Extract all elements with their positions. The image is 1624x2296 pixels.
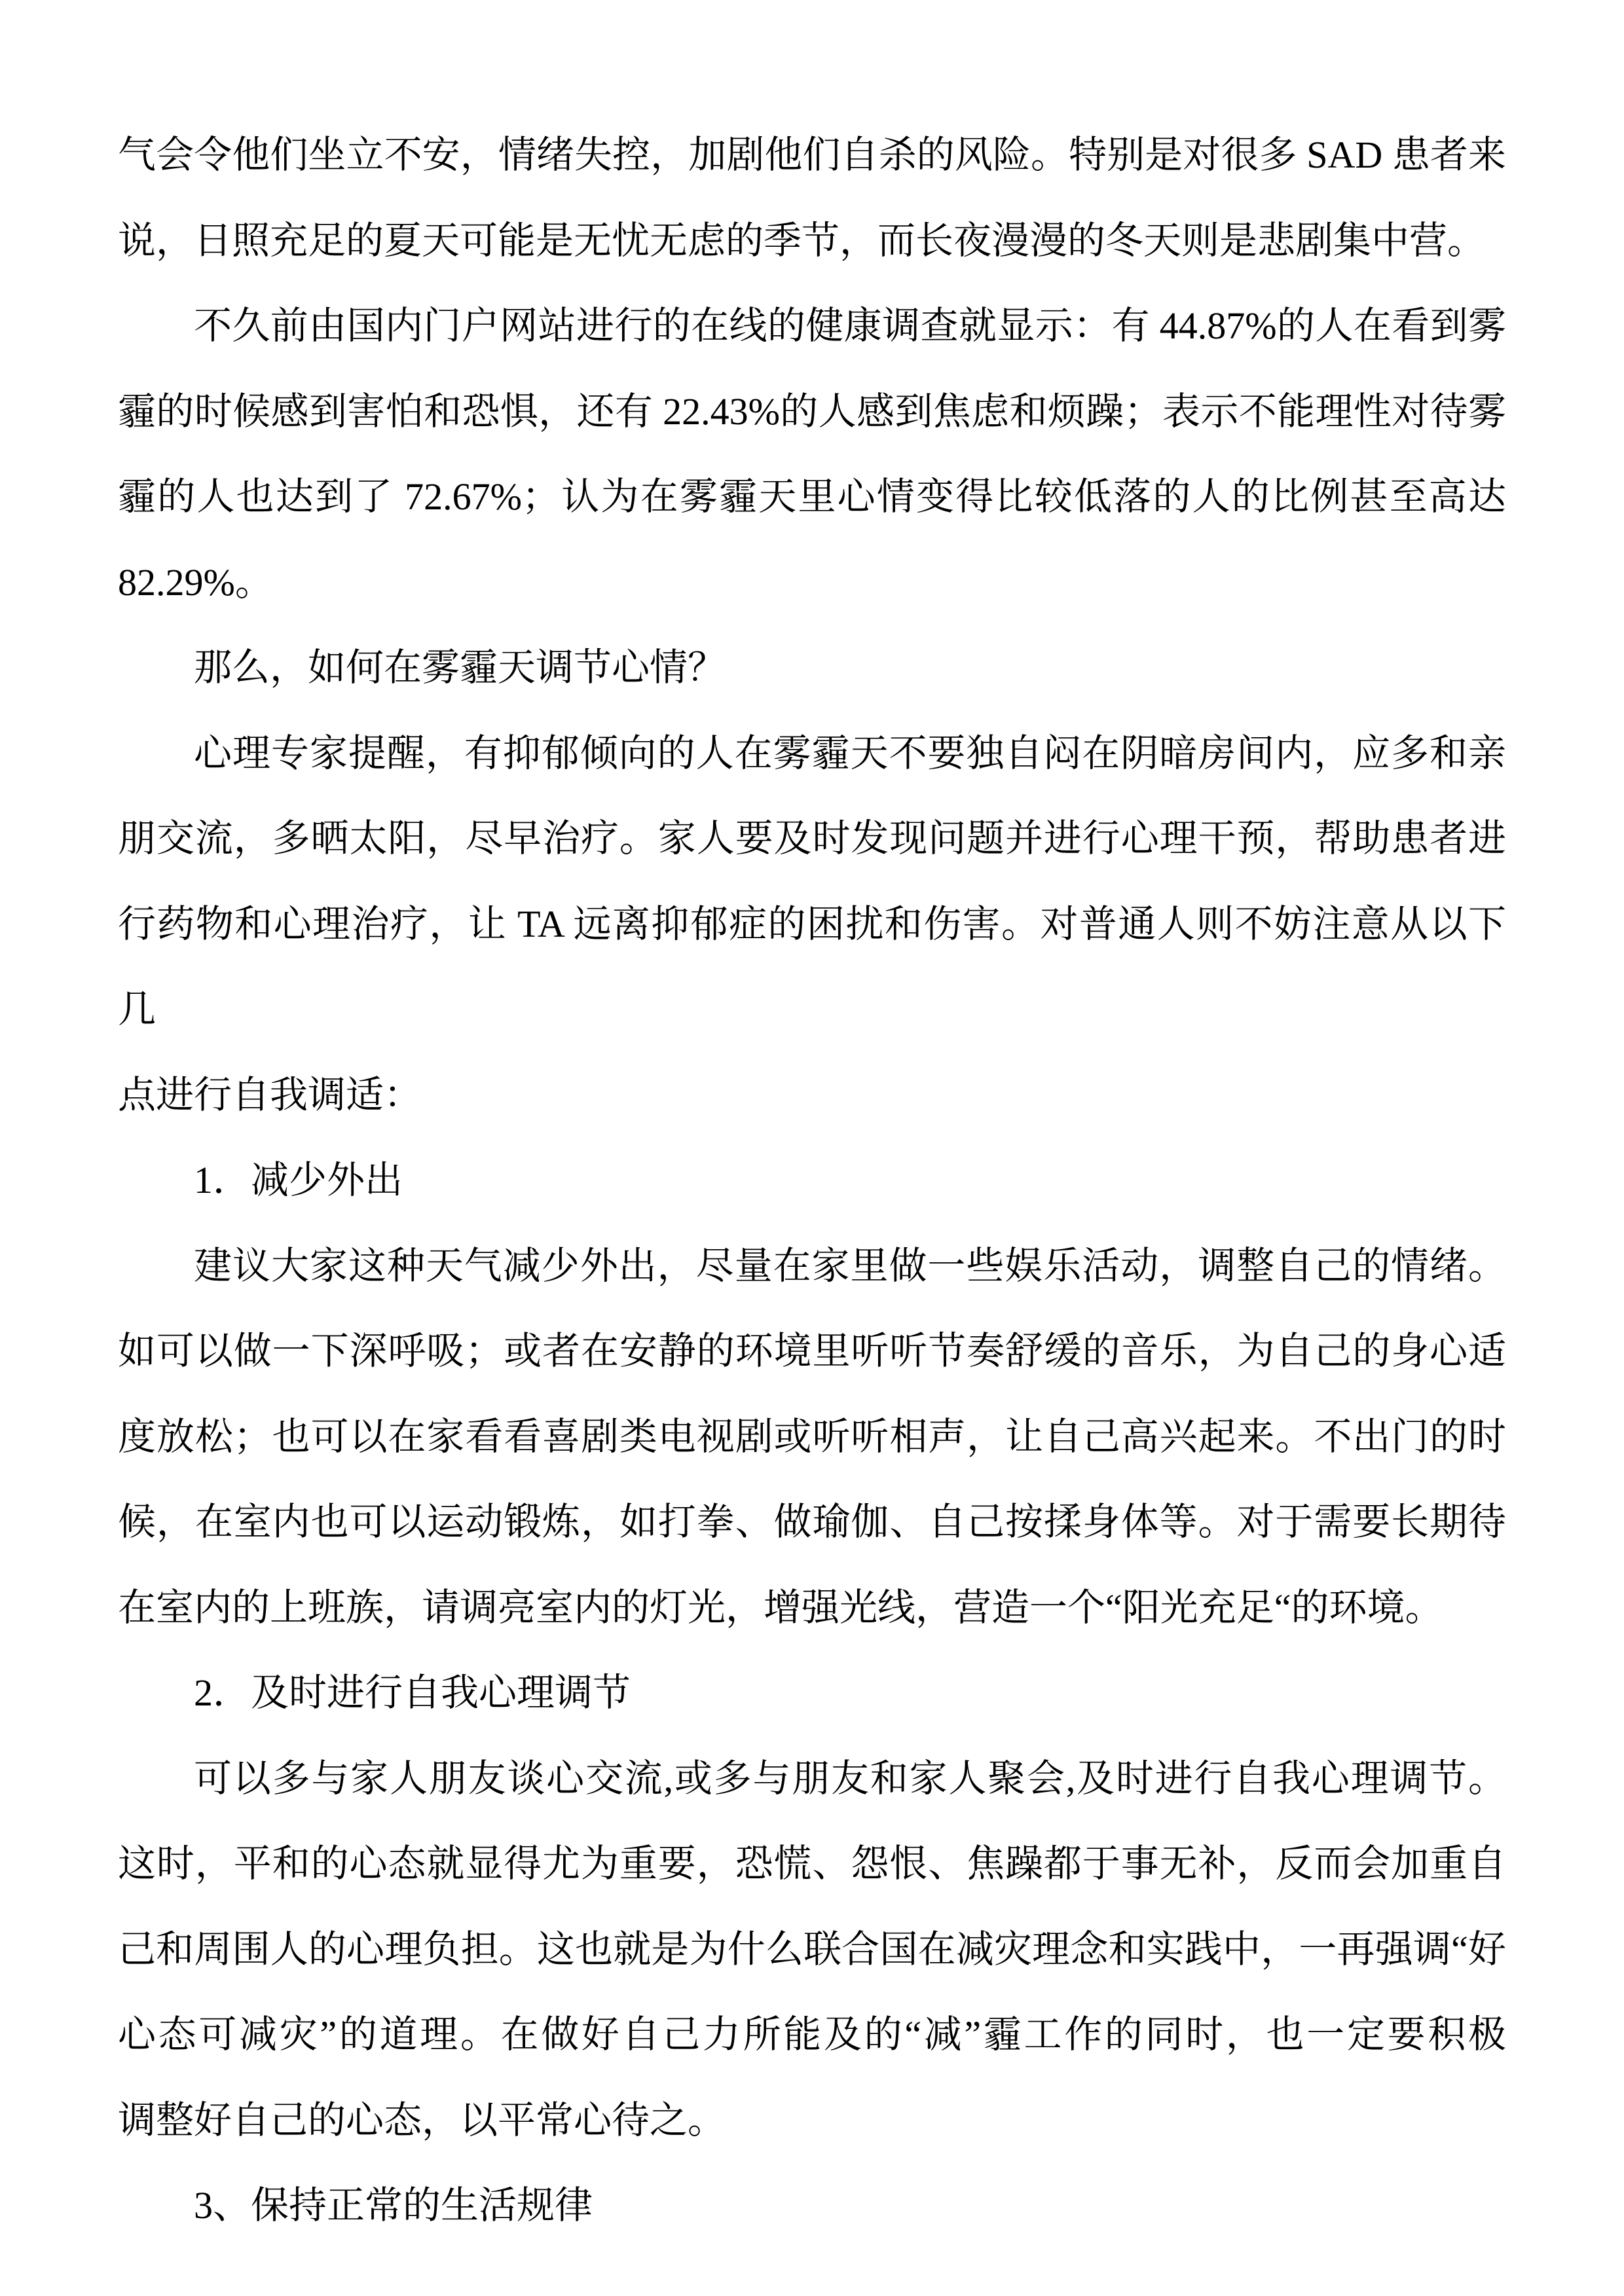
text-column: 气会令他们坐立不安，情绪失控，加剧他们自杀的风险。特别是对很多 SAD 患者来 … xyxy=(118,113,1506,2249)
text-line: 调整好自己的心态，以平常心待之。 xyxy=(118,2078,1506,2164)
text-line: 心态可减灾”的道理。在做好自己力所能及的“减”霾工作的同时，也一定要积极 xyxy=(118,1992,1506,2078)
text-line: 如可以做一下深呼吸；或者在安静的环境里听听节奏舒缓的音乐，为自己的身心适 xyxy=(118,1309,1506,1394)
list-item-2-heading: 2．及时进行自我心理调节 xyxy=(118,1650,1506,1736)
text-line: 建议大家这种天气减少外出，尽量在家里做一些娱乐活动，调整自己的情绪。 xyxy=(118,1224,1506,1309)
text-line: 心理专家提醒，有抑郁倾向的人在雾霾天不要独自闷在阴暗房间内，应多和亲 xyxy=(118,711,1506,797)
text-line: 说，日照充足的夏天可能是无忧无虑的季节，而长夜漫漫的冬天则是悲剧集中营。 xyxy=(118,198,1506,284)
text-line: 霾的时候感到害怕和恐惧，还有 22.43%的人感到焦虑和烦躁；表示不能理性对待雾 xyxy=(118,369,1506,455)
text-line: 行药物和心理治疗，让 TA 远离抑郁症的困扰和伤害。对普通人则不妨注意从以下几 xyxy=(118,882,1506,1053)
list-item-3-heading: 3、保持正常的生活规律 xyxy=(118,2163,1506,2249)
text-line: 朋交流，多晒太阳，尽早治疗。家人要及时发现问题并进行心理干预，帮助患者进 xyxy=(118,796,1506,882)
text-line: 82.29%。 xyxy=(118,540,1506,626)
text-line: 气会令他们坐立不安，情绪失控，加剧他们自杀的风险。特别是对很多 SAD 患者来 xyxy=(118,113,1506,198)
text-line: 在室内的上班族，请调亮室内的灯光，增强光线，营造一个“阳光充足“的环境。 xyxy=(118,1565,1506,1651)
text-line: 己和周围人的心理负担。这也就是为什么联合国在减灾理念和实践中，一再强调“好 xyxy=(118,1907,1506,1993)
text-line: 可以多与家人朋友谈心交流,或多与朋友和家人聚会,及时进行自我心理调节。 xyxy=(118,1736,1506,1822)
text-line: 这时，平和的心态就显得尤为重要，恐慌、怨恨、焦躁都于事无补，反而会加重自 xyxy=(118,1821,1506,1907)
text-line: 不久前由国内门户网站进行的在线的健康调查就显示：有 44.87%的人在看到雾 xyxy=(118,283,1506,369)
text-line: 霾的人也达到了 72.67%；认为在雾霾天里心情变得比较低落的人的比例甚至高达 xyxy=(118,454,1506,540)
text-line: 那么，如何在雾霾天调节心情？ xyxy=(118,625,1506,711)
text-line: 点进行自我调适： xyxy=(118,1053,1506,1139)
document-page: 气会令他们坐立不安，情绪失控，加剧他们自杀的风险。特别是对很多 SAD 患者来 … xyxy=(0,0,1624,2296)
text-line: 候，在室内也可以运动锻炼，如打拳、做瑜伽、自己按揉身体等。对于需要长期待 xyxy=(118,1480,1506,1565)
list-item-1-heading: 1．减少外出 xyxy=(118,1138,1506,1224)
text-line: 度放松；也可以在家看看喜剧类电视剧或听听相声，让自己高兴起来。不出门的时 xyxy=(118,1394,1506,1480)
